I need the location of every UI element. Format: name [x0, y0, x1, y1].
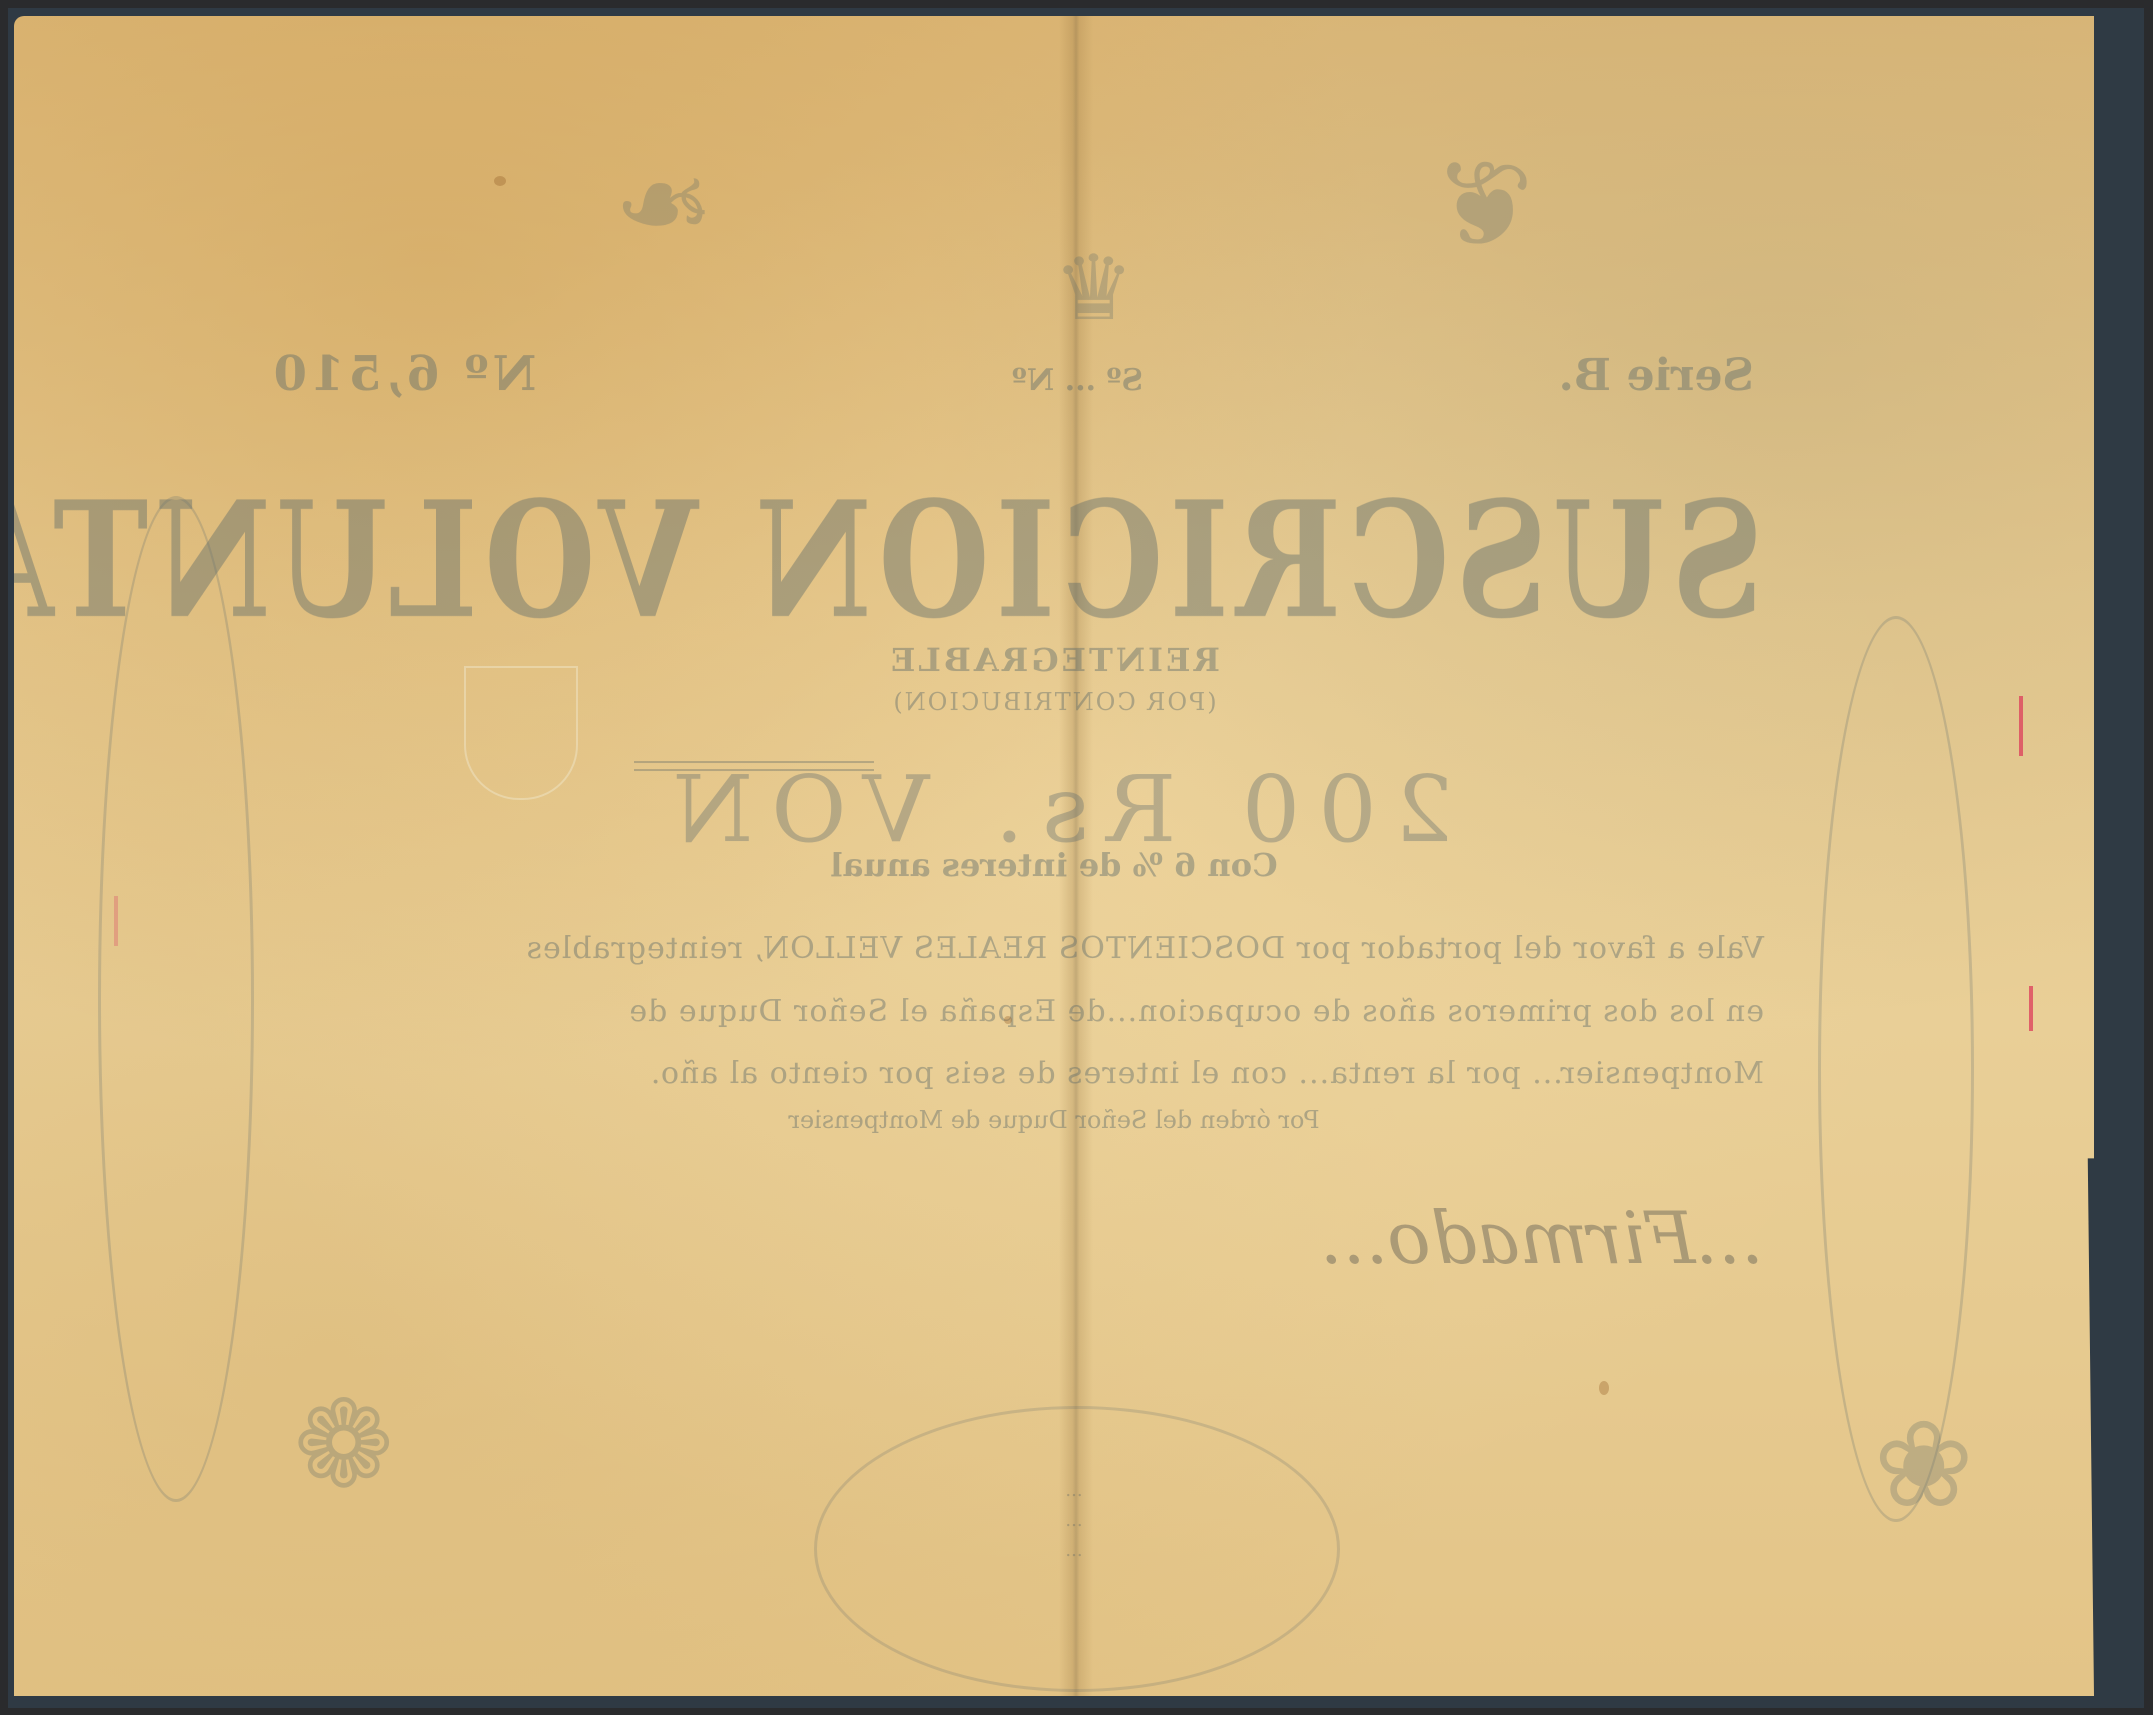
body-line-3: Montpensier... por la renta... con el in…	[294, 1056, 1764, 1091]
foxing-spot	[1004, 1016, 1012, 1024]
left-border-flourish	[1818, 616, 1974, 1522]
document-paper: ❦ ❧ ♛ Serie B. Sº ... Nº Nº 6,510 SUSCRI…	[14, 16, 2094, 1696]
certificate-number: Nº 6,510	[270, 346, 537, 402]
body-line-2: en los dos primeros años de ocupacion...…	[294, 994, 1764, 1029]
body-line-1: Vale a favor del portador por DOSCIENTOS…	[294, 931, 1764, 966]
document-title: SUSCRICION VOLUNTARIA	[334, 467, 1764, 655]
document-subtitle: REINTEGRABLE	[14, 641, 2094, 679]
handwritten-signature: ...Firmado...	[1320, 1196, 1764, 1280]
foxing-spot	[1599, 1381, 1609, 1395]
red-stamp-mark	[2029, 986, 2033, 1031]
serie-label: Serie B.	[1559, 350, 1755, 401]
serie-line: Serie B. Sº ... Nº Nº 6,510	[270, 346, 1754, 402]
foxing-spot	[494, 176, 506, 186]
oval-text: ... ... ...	[904, 1476, 1244, 1566]
oval-line: ...	[904, 1506, 1244, 1536]
crown-ornament-icon: ♛	[1053, 236, 1134, 341]
serie-middle: Sº ... Nº	[1012, 363, 1143, 398]
top-ornament-scroll-icon: ❧	[613, 136, 714, 275]
top-ornament-scroll-icon: ❦	[1433, 136, 1534, 275]
faint-red-mark	[114, 896, 118, 946]
order-line: Por órden del Señor Duque de Montpensier	[14, 1106, 2094, 1134]
right-border-flourish	[98, 496, 254, 1502]
bottom-left-ornament-icon: ❀	[1873, 1396, 1974, 1535]
bottom-right-ornament-icon: ❁	[293, 1376, 394, 1515]
oval-line: ...	[904, 1476, 1244, 1506]
red-stamp-mark	[2019, 696, 2023, 756]
interest-line: Con 6 % de interes anual	[14, 846, 2094, 884]
document-subtitle-small: (POR CONTRIBUCION)	[14, 688, 2094, 716]
oval-line: ...	[904, 1536, 1244, 1566]
